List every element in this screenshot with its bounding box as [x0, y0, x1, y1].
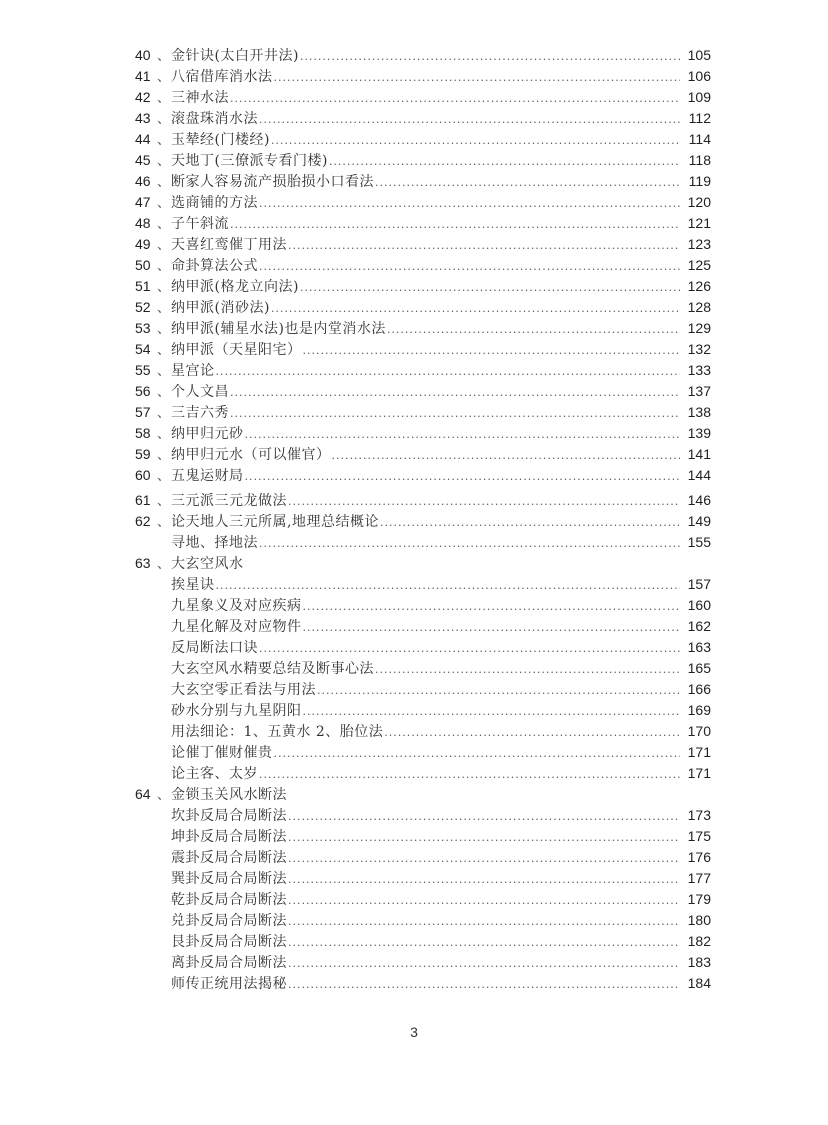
entry-page-number: 138 — [681, 402, 711, 423]
entry-title: 天喜红鸾催丁用法 — [171, 235, 287, 256]
entry-separator: 、 — [157, 46, 171, 67]
entry-number: 49 — [135, 234, 157, 255]
toc-entry[interactable]: 寻地、择地法155 — [135, 532, 711, 553]
entry-title: 纳甲派(消砂法) — [171, 298, 270, 319]
toc-entry[interactable]: 49、天喜红鸾催丁用法123 — [135, 234, 711, 255]
entry-page-number: 175 — [681, 826, 711, 847]
dot-leader — [230, 214, 680, 235]
entry-separator: 、 — [157, 277, 171, 298]
entry-separator: 、 — [157, 382, 171, 403]
entry-title: 金针诀(太白开井法) — [171, 46, 299, 67]
toc-entry[interactable]: 46、断家人容易流产损胎损小口看法119 — [135, 171, 711, 192]
entry-page-number: 182 — [681, 931, 711, 952]
entry-number: 59 — [135, 444, 157, 465]
entry-separator: 、 — [157, 491, 171, 512]
dot-leader — [387, 319, 680, 340]
toc-entry[interactable]: 大玄空风水精要总结及断事心法165 — [135, 658, 711, 679]
entry-page-number: 183 — [681, 952, 711, 973]
entry-title: 子午斜流 — [171, 214, 229, 235]
toc-entry[interactable]: 57、三吉六秀138 — [135, 402, 711, 423]
entry-title: 八宿借库消水法 — [171, 67, 273, 88]
entry-title: 三吉六秀 — [171, 403, 229, 424]
entry-page-number: 141 — [681, 444, 711, 465]
entry-separator: 、 — [157, 256, 171, 277]
page-number: 3 — [0, 1024, 828, 1040]
toc-entry[interactable]: 用法细论：1、五黄水 2、胎位法170 — [135, 721, 711, 742]
toc-entry[interactable]: 50、命卦算法公式125 — [135, 255, 711, 276]
dot-leader — [317, 680, 680, 701]
dot-leader — [303, 596, 681, 617]
entry-page-number: 105 — [681, 45, 711, 66]
dot-leader — [230, 88, 680, 109]
toc-entry[interactable]: 52、纳甲派(消砂法)128 — [135, 297, 711, 318]
toc-entry[interactable]: 大玄空零正看法与用法166 — [135, 679, 711, 700]
entry-title: 师传正统用法揭秘 — [171, 974, 287, 995]
entry-page-number: 118 — [681, 150, 711, 171]
toc-entry[interactable]: 54、纳甲派（天星阳宅）132 — [135, 339, 711, 360]
entry-page-number: 155 — [681, 532, 711, 553]
entry-title: 反局断法口诀 — [171, 638, 258, 659]
dot-leader — [288, 806, 680, 827]
entry-number: 54 — [135, 339, 157, 360]
dot-leader — [259, 533, 680, 554]
entry-page-number: 137 — [681, 381, 711, 402]
toc-entry[interactable]: 59、纳甲归元水（可以催官）141 — [135, 444, 711, 465]
entry-title: 滚盘珠消水法 — [171, 109, 258, 130]
toc-entry[interactable]: 反局断法口诀163 — [135, 637, 711, 658]
dot-leader — [375, 659, 680, 680]
entry-title: 三元派三元龙做法 — [171, 491, 287, 512]
entry-separator: 、 — [157, 785, 171, 806]
entry-title: 命卦算法公式 — [171, 256, 258, 277]
dot-leader — [274, 743, 681, 764]
entry-page-number: 128 — [681, 297, 711, 318]
entry-page-number: 139 — [681, 423, 711, 444]
dot-leader — [288, 848, 680, 869]
entry-separator: 、 — [157, 172, 171, 193]
entry-title: 用法细论：1、五黄水 2、胎位法 — [171, 722, 383, 743]
entry-page-number: 132 — [681, 339, 711, 360]
entry-page-number: 126 — [681, 276, 711, 297]
entry-title: 纳甲归元水（可以催官） — [171, 445, 331, 466]
dot-leader — [288, 869, 680, 890]
entry-title: 乾卦反局合局断法 — [171, 890, 287, 911]
entry-separator: 、 — [157, 193, 171, 214]
entry-page-number: 121 — [681, 213, 711, 234]
dot-leader — [230, 403, 680, 424]
entry-title: 论主客、太岁 — [171, 764, 258, 785]
entry-number: 56 — [135, 381, 157, 402]
entry-number: 44 — [135, 129, 157, 150]
entry-number: 46 — [135, 171, 157, 192]
toc-entry[interactable]: 砂水分别与九星阴阳169 — [135, 700, 711, 721]
entry-number: 63 — [135, 553, 157, 574]
entry-separator: 、 — [157, 466, 171, 487]
entry-page-number: 176 — [681, 847, 711, 868]
entry-title: 大玄空风水 — [171, 554, 244, 575]
entry-page-number: 112 — [681, 108, 711, 129]
entry-number: 61 — [135, 490, 157, 511]
toc-entry[interactable]: 42、三神水法109 — [135, 87, 711, 108]
toc-entry[interactable]: 坎卦反局合局断法173 — [135, 805, 711, 826]
entry-page-number: 162 — [681, 616, 711, 637]
entry-title: 震卦反局合局断法 — [171, 848, 287, 869]
entry-title: 天地丁(三僚派专看门楼) — [171, 151, 328, 172]
dot-leader — [288, 953, 680, 974]
toc-entry[interactable]: 51、纳甲派(格龙立向法)126 — [135, 276, 711, 297]
entry-page-number: 179 — [681, 889, 711, 910]
entry-number: 58 — [135, 423, 157, 444]
entry-title: 纳甲派（天星阳宅） — [171, 340, 302, 361]
dot-leader — [259, 256, 680, 277]
entry-title: 玉辇经(门楼经) — [171, 130, 270, 151]
toc-entry[interactable]: 64、金锁玉关风水断法 — [135, 784, 711, 805]
toc-entry[interactable]: 坤卦反局合局断法175 — [135, 826, 711, 847]
entry-title: 兑卦反局合局断法 — [171, 911, 287, 932]
entry-title: 个人文昌 — [171, 382, 229, 403]
entry-number: 40 — [135, 45, 157, 66]
entry-number: 55 — [135, 360, 157, 381]
entry-separator: 、 — [157, 151, 171, 172]
toc-entry[interactable]: 论催丁催财催贵171 — [135, 742, 711, 763]
toc-entry[interactable]: 师传正统用法揭秘184 — [135, 973, 711, 994]
toc-entry[interactable]: 58、纳甲归元砂139 — [135, 423, 711, 444]
entry-separator: 、 — [157, 67, 171, 88]
entry-title: 星宫论 — [171, 361, 215, 382]
toc-entry[interactable]: 艮卦反局合局断法182 — [135, 931, 711, 952]
entry-page-number: 149 — [681, 511, 711, 532]
entry-page-number: 120 — [681, 192, 711, 213]
entry-page-number: 184 — [681, 973, 711, 994]
dot-leader — [288, 911, 680, 932]
entry-page-number: 129 — [681, 318, 711, 339]
dot-leader — [216, 361, 681, 382]
entry-title: 选商铺的方法 — [171, 193, 258, 214]
entry-separator: 、 — [157, 424, 171, 445]
entry-page-number: 170 — [681, 721, 711, 742]
entry-page-number: 119 — [681, 171, 711, 192]
entry-title: 坎卦反局合局断法 — [171, 806, 287, 827]
entry-number: 47 — [135, 192, 157, 213]
dot-leader — [380, 512, 680, 533]
dot-leader — [303, 340, 681, 361]
toc-entry[interactable]: 兑卦反局合局断法180 — [135, 910, 711, 931]
entry-title: 金锁玉关风水断法 — [171, 785, 287, 806]
entry-title: 纳甲派(格龙立向法) — [171, 277, 299, 298]
entry-title: 离卦反局合局断法 — [171, 953, 287, 974]
entry-page-number: 133 — [681, 360, 711, 381]
entry-separator: 、 — [157, 361, 171, 382]
dot-leader — [300, 46, 680, 67]
entry-title: 断家人容易流产损胎损小口看法 — [171, 172, 374, 193]
toc-entry[interactable]: 53、纳甲派(辅星水法)也是内堂消水法129 — [135, 318, 711, 339]
toc-entry[interactable]: 乾卦反局合局断法179 — [135, 889, 711, 910]
entry-page-number: 106 — [681, 66, 711, 87]
entry-separator: 、 — [157, 554, 171, 575]
dot-leader — [288, 235, 680, 256]
entry-title: 砂水分别与九星阴阳 — [171, 701, 302, 722]
entry-title: 九星化解及对应物件 — [171, 617, 302, 638]
entry-number: 51 — [135, 276, 157, 297]
toc-entry[interactable]: 离卦反局合局断法183 — [135, 952, 711, 973]
entry-page-number: 157 — [681, 574, 711, 595]
toc-entry[interactable]: 61、三元派三元龙做法146 — [135, 490, 711, 511]
entry-page-number: 165 — [681, 658, 711, 679]
toc-entry[interactable]: 48、子午斜流121 — [135, 213, 711, 234]
toc-entry[interactable]: 巽卦反局合局断法177 — [135, 868, 711, 889]
toc-entry[interactable]: 56、个人文昌137 — [135, 381, 711, 402]
dot-leader — [259, 764, 680, 785]
entry-separator: 、 — [157, 340, 171, 361]
entry-page-number: 123 — [681, 234, 711, 255]
entry-title: 大玄空零正看法与用法 — [171, 680, 316, 701]
dot-leader — [216, 575, 681, 596]
entry-page-number: 177 — [681, 868, 711, 889]
entry-number: 52 — [135, 297, 157, 318]
toc-entry[interactable]: 41、八宿借库消水法106 — [135, 66, 711, 87]
dot-leader — [300, 277, 680, 298]
entry-page-number: 125 — [681, 255, 711, 276]
entry-title: 五鬼运财局 — [171, 466, 244, 487]
dot-leader — [245, 424, 681, 445]
entry-title: 寻地、择地法 — [171, 533, 258, 554]
dot-leader — [384, 722, 680, 743]
entry-page-number: 171 — [681, 742, 711, 763]
entry-separator: 、 — [157, 403, 171, 424]
dot-leader — [375, 172, 680, 193]
dot-leader — [245, 466, 681, 487]
entry-separator: 、 — [157, 214, 171, 235]
entry-title: 艮卦反局合局断法 — [171, 932, 287, 953]
entry-separator: 、 — [157, 235, 171, 256]
entry-number: 60 — [135, 465, 157, 486]
entry-number: 42 — [135, 87, 157, 108]
toc-entry[interactable]: 60、五鬼运财局144 — [135, 465, 711, 486]
toc-entry[interactable]: 论主客、太岁171 — [135, 763, 711, 784]
entry-number: 41 — [135, 66, 157, 87]
toc-entry[interactable]: 63、大玄空风水 — [135, 553, 711, 574]
table-of-contents: 40、金针诀(太白开井法)10541、八宿借库消水法10642、三神水法1094… — [135, 45, 711, 994]
entry-page-number: 109 — [681, 87, 711, 108]
dot-leader — [259, 638, 680, 659]
toc-entry[interactable]: 62、论天地人三元所属,地理总结概论149 — [135, 511, 711, 532]
entry-number: 64 — [135, 784, 157, 805]
toc-entry[interactable]: 45、天地丁(三僚派专看门楼)118 — [135, 150, 711, 171]
entry-page-number: 114 — [681, 129, 711, 150]
dot-leader — [274, 67, 681, 88]
dot-leader — [288, 932, 680, 953]
toc-entry[interactable]: 挨星诀157 — [135, 574, 711, 595]
entry-number: 48 — [135, 213, 157, 234]
dot-leader — [271, 130, 680, 151]
dot-leader — [303, 617, 681, 638]
entry-title: 纳甲归元砂 — [171, 424, 244, 445]
entry-title: 论天地人三元所属,地理总结概论 — [171, 512, 379, 533]
entry-separator: 、 — [157, 319, 171, 340]
entry-page-number: 160 — [681, 595, 711, 616]
entry-page-number: 169 — [681, 700, 711, 721]
entry-separator: 、 — [157, 109, 171, 130]
entry-title: 挨星诀 — [171, 575, 215, 596]
entry-title: 论催丁催财催贵 — [171, 743, 273, 764]
entry-number: 45 — [135, 150, 157, 171]
dot-leader — [230, 382, 680, 403]
entry-page-number: 166 — [681, 679, 711, 700]
toc-entry[interactable]: 44、玉辇经(门楼经)114 — [135, 129, 711, 150]
toc-entry[interactable]: 九星化解及对应物件162 — [135, 616, 711, 637]
dot-leader — [271, 298, 680, 319]
toc-entry[interactable]: 40、金针诀(太白开井法)105 — [135, 45, 711, 66]
entry-number: 43 — [135, 108, 157, 129]
dot-leader — [303, 701, 681, 722]
dot-leader — [288, 974, 680, 995]
entry-number: 50 — [135, 255, 157, 276]
entry-title: 纳甲派(辅星水法)也是内堂消水法 — [171, 319, 386, 340]
dot-leader — [288, 491, 680, 512]
entry-page-number: 146 — [681, 490, 711, 511]
dot-leader — [332, 445, 681, 466]
dot-leader — [259, 109, 680, 130]
entry-page-number: 144 — [681, 465, 711, 486]
entry-separator: 、 — [157, 88, 171, 109]
dot-leader — [329, 151, 680, 172]
dot-leader — [288, 890, 680, 911]
entry-separator: 、 — [157, 130, 171, 151]
entry-number: 57 — [135, 402, 157, 423]
dot-leader — [259, 193, 680, 214]
entry-title: 九星象义及对应疾病 — [171, 596, 302, 617]
entry-page-number: 180 — [681, 910, 711, 931]
toc-entry[interactable]: 55、星宫论133 — [135, 360, 711, 381]
toc-entry[interactable]: 43、滚盘珠消水法112 — [135, 108, 711, 129]
entry-page-number: 171 — [681, 763, 711, 784]
dot-leader — [288, 827, 680, 848]
entry-separator: 、 — [157, 298, 171, 319]
toc-entry[interactable]: 九星象义及对应疾病160 — [135, 595, 711, 616]
entry-title: 巽卦反局合局断法 — [171, 869, 287, 890]
entry-title: 大玄空风水精要总结及断事心法 — [171, 659, 374, 680]
entry-separator: 、 — [157, 512, 171, 533]
entry-separator: 、 — [157, 445, 171, 466]
entry-page-number: 173 — [681, 805, 711, 826]
entry-title: 三神水法 — [171, 88, 229, 109]
entry-page-number: 163 — [681, 637, 711, 658]
entry-number: 53 — [135, 318, 157, 339]
toc-entry[interactable]: 47、选商铺的方法120 — [135, 192, 711, 213]
entry-number: 62 — [135, 511, 157, 532]
entry-title: 坤卦反局合局断法 — [171, 827, 287, 848]
toc-entry[interactable]: 震卦反局合局断法176 — [135, 847, 711, 868]
